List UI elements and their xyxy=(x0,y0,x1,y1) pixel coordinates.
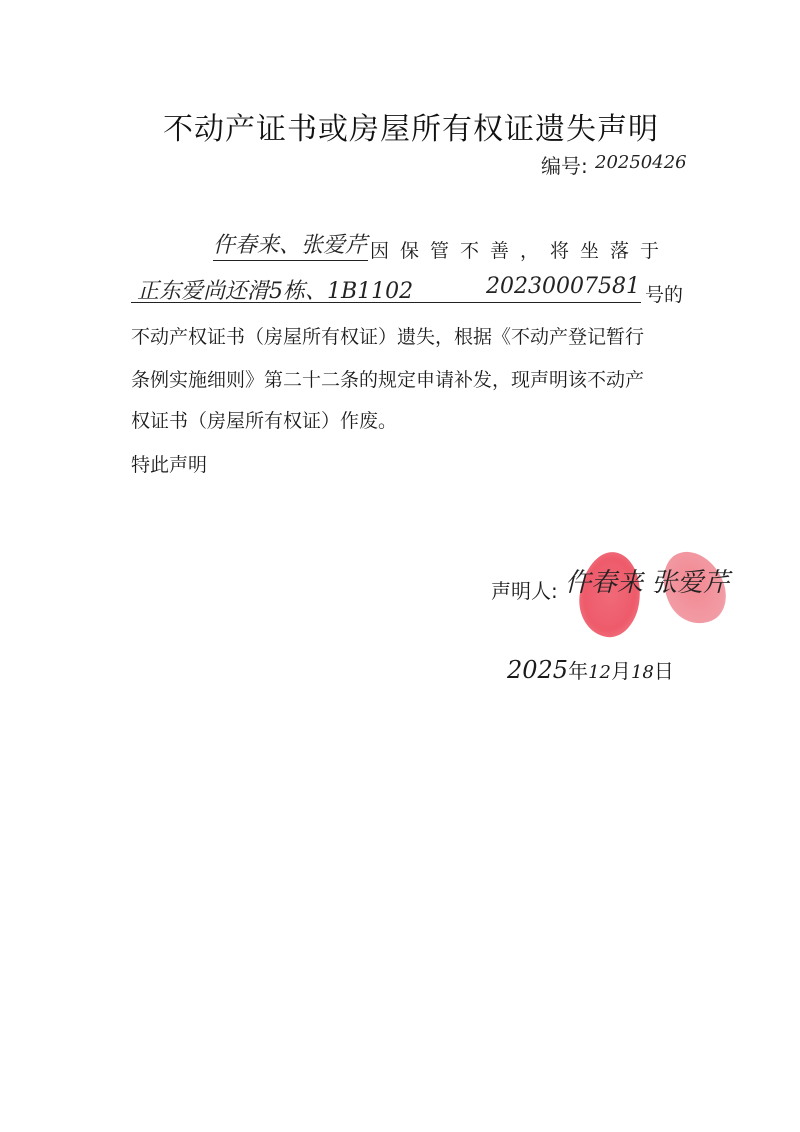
address-field: 正东爱尚还滑5栋、1B1102 20230007581 xyxy=(131,272,641,303)
statement-line-1: 因保管不善，将坐落于 xyxy=(370,236,670,263)
date-month-char: 月 xyxy=(611,659,631,683)
signature-handwritten: 仵春来 张爱芹 xyxy=(565,562,729,599)
date-month: 12 xyxy=(588,662,611,683)
signature-label: 声明人: xyxy=(491,575,558,604)
date-year-char: 年 xyxy=(568,659,588,683)
document-number-label: 编号: xyxy=(541,150,588,179)
statement-line-2-suffix: 号的 xyxy=(645,280,683,307)
date-year: 2025 xyxy=(507,656,568,684)
date-day-char: 日 xyxy=(654,659,674,683)
paragraph-line-3: 权证书（房屋所有权证）作废。 xyxy=(131,406,397,433)
address-handwritten: 正东爱尚还滑5栋、1B1102 xyxy=(137,274,413,305)
date-day: 18 xyxy=(631,662,654,683)
declaration-date: 2025年12月18日 xyxy=(507,655,674,684)
document-title: 不动产证书或房屋所有权证遗失声明 xyxy=(163,104,659,148)
closing-statement: 特此声明 xyxy=(131,450,207,477)
paragraph-line-1: 不动产权证书（房屋所有权证）遗失，根据《不动产登记暂行 xyxy=(131,322,644,349)
declarant-names-handwritten: 仵春来、张爱芹 xyxy=(213,228,368,261)
document-number-value: 20250426 xyxy=(595,152,687,173)
certificate-number-handwritten: 20230007581 xyxy=(486,274,640,299)
paragraph-line-2: 条例实施细则》第二十二条的规定申请补发，现声明该不动产 xyxy=(131,365,644,392)
